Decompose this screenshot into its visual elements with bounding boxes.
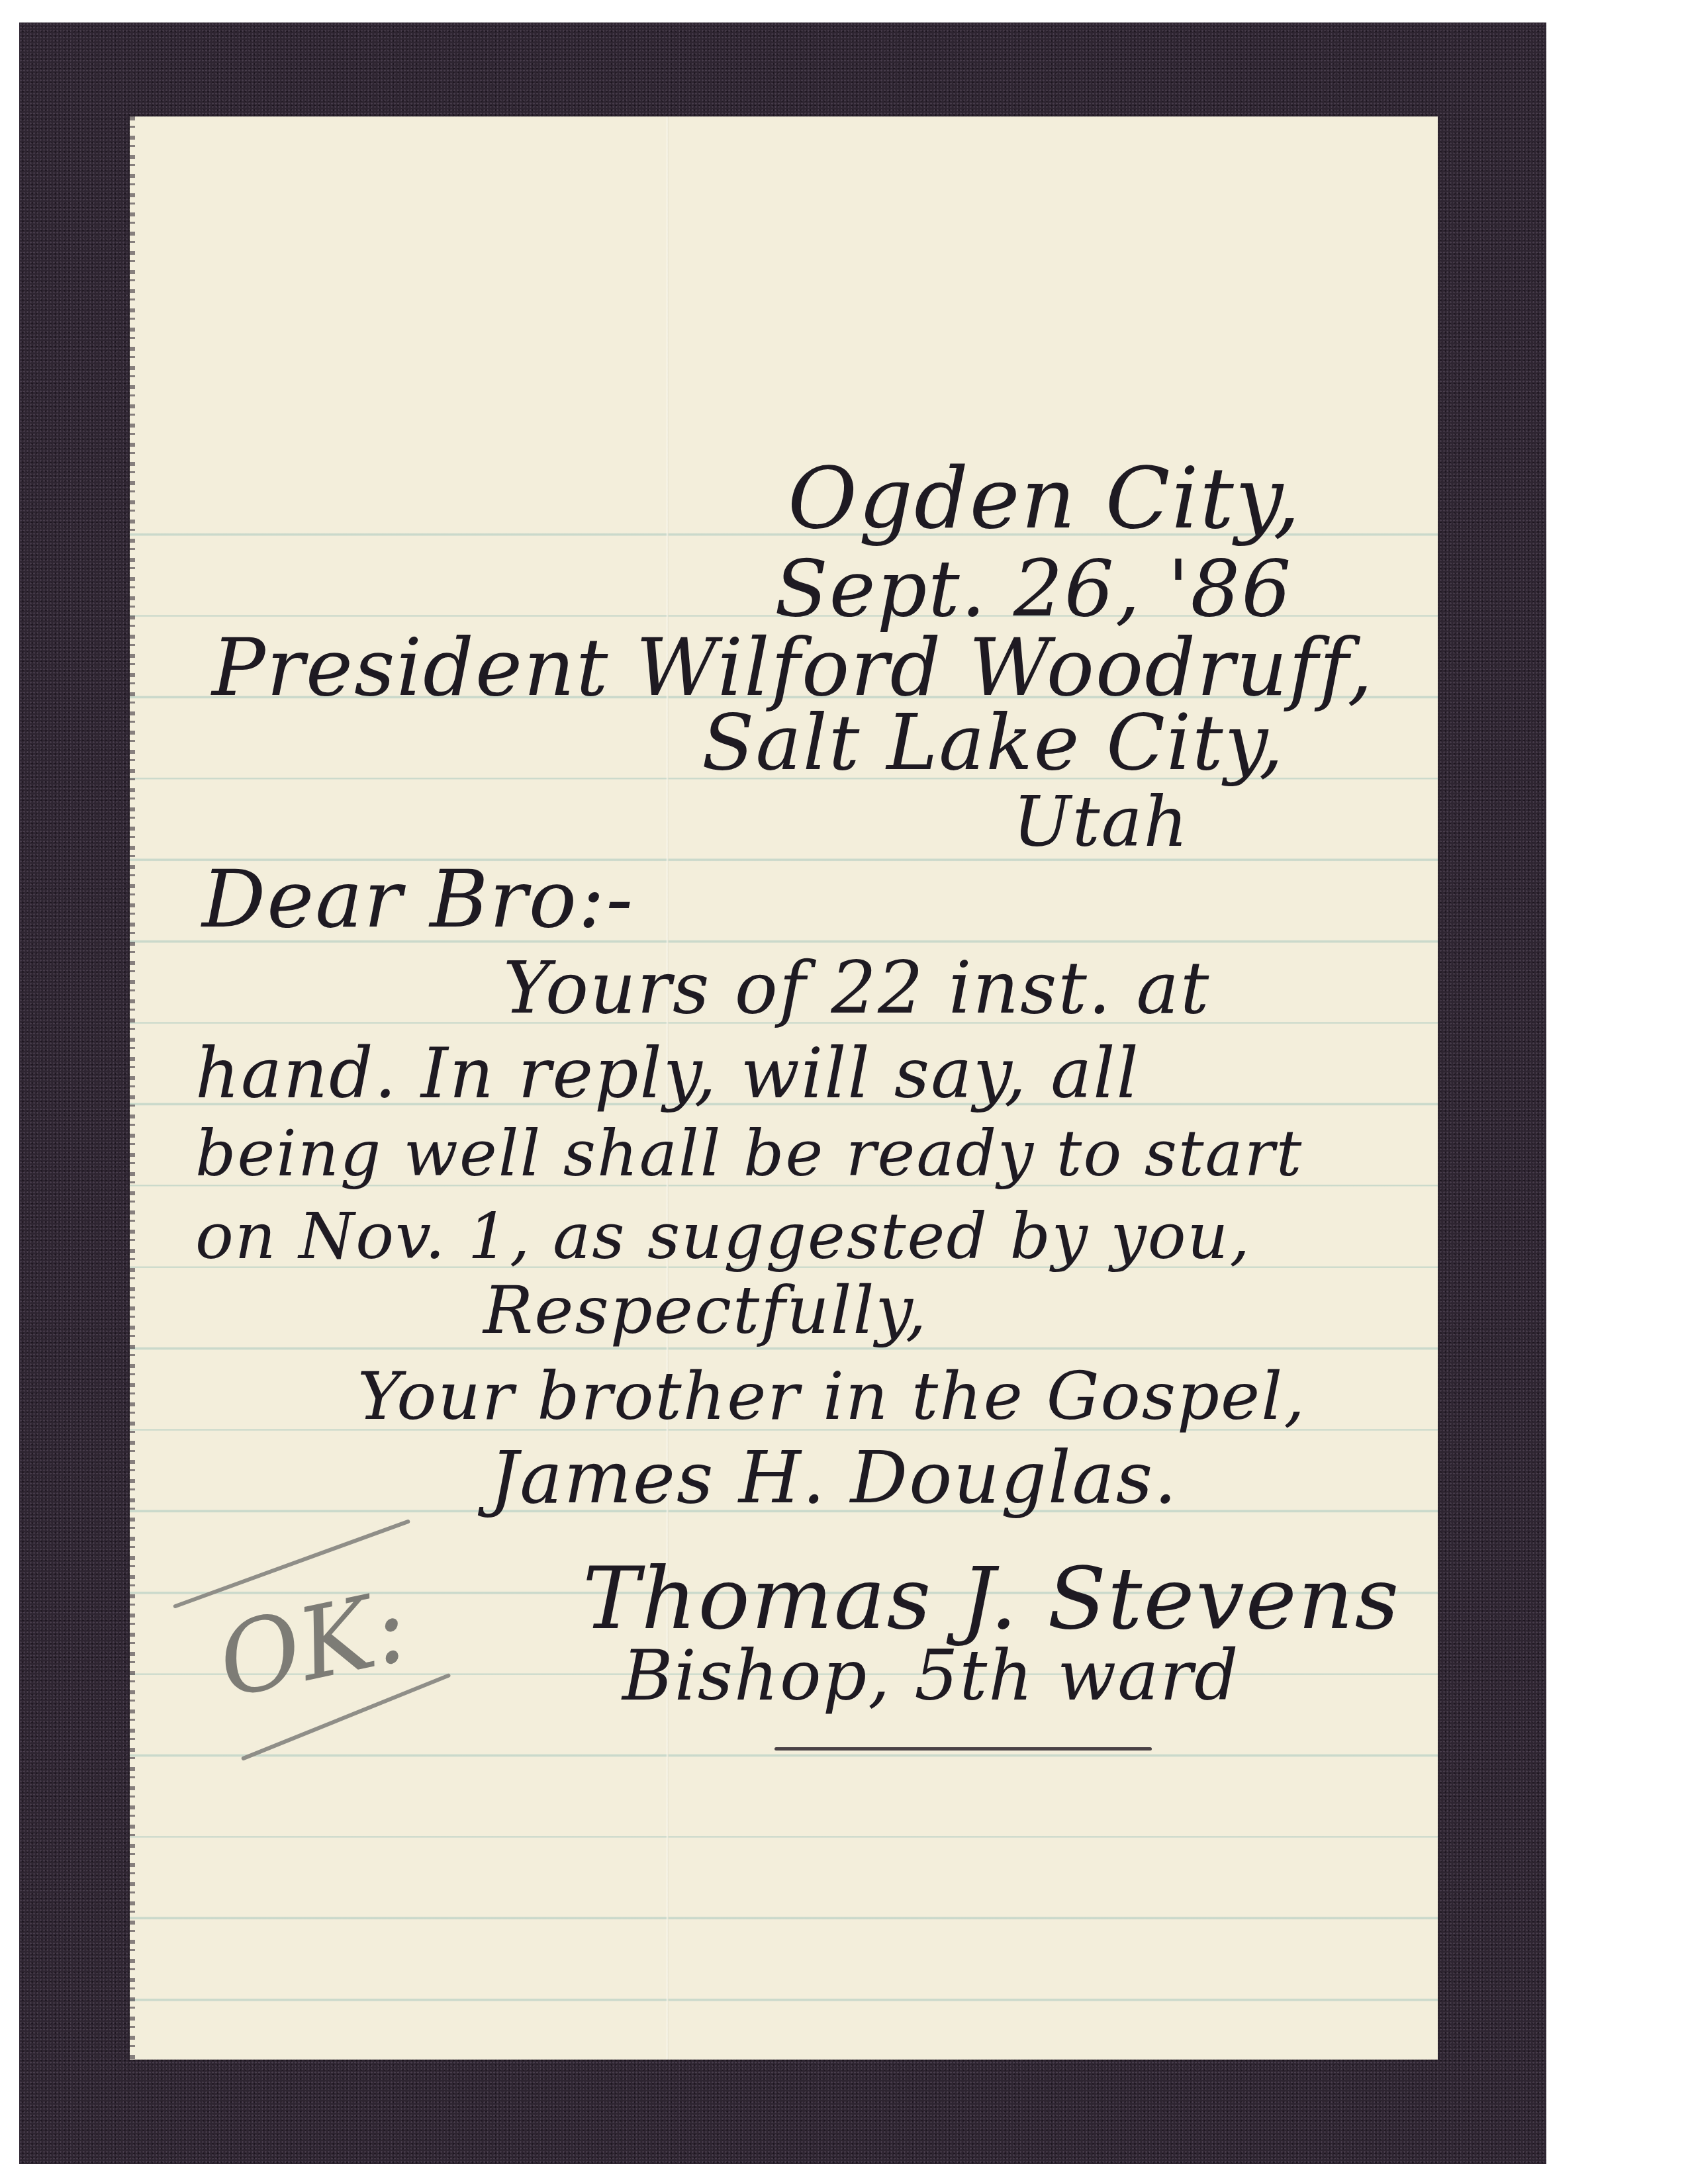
body-line-1: Yours of 22 inst. at	[503, 953, 1210, 1024]
salutation: Dear Bro:-	[202, 860, 634, 940]
body-line-2: hand. In reply, will say, all	[195, 1039, 1140, 1108]
addressee-city: Salt Lake City,	[702, 705, 1285, 782]
closing-brother-line: Your brother in the Gospel,	[357, 1363, 1306, 1430]
closing-respectfully: Respectfully,	[483, 1277, 928, 1343]
body-line-4: on Nov. 1, as suggested by you,	[195, 1205, 1251, 1268]
body-line-3: being well shall be ready to start	[195, 1122, 1303, 1185]
endorsement-title: Bishop, 5th ward	[622, 1641, 1240, 1710]
signature-stevens: Thomas J. Stevens	[583, 1555, 1400, 1641]
date-line: Sept. 26, '86	[774, 549, 1292, 627]
addressee-name: President Wilford Woodruff,	[212, 629, 1374, 708]
torn-left-edge	[126, 116, 135, 2060]
endorsement-underline	[774, 1747, 1152, 1751]
place-line: Ogden City,	[788, 457, 1301, 541]
signature-douglas: James H. Douglas.	[490, 1443, 1178, 1514]
addressee-state: Utah	[1013, 788, 1189, 856]
